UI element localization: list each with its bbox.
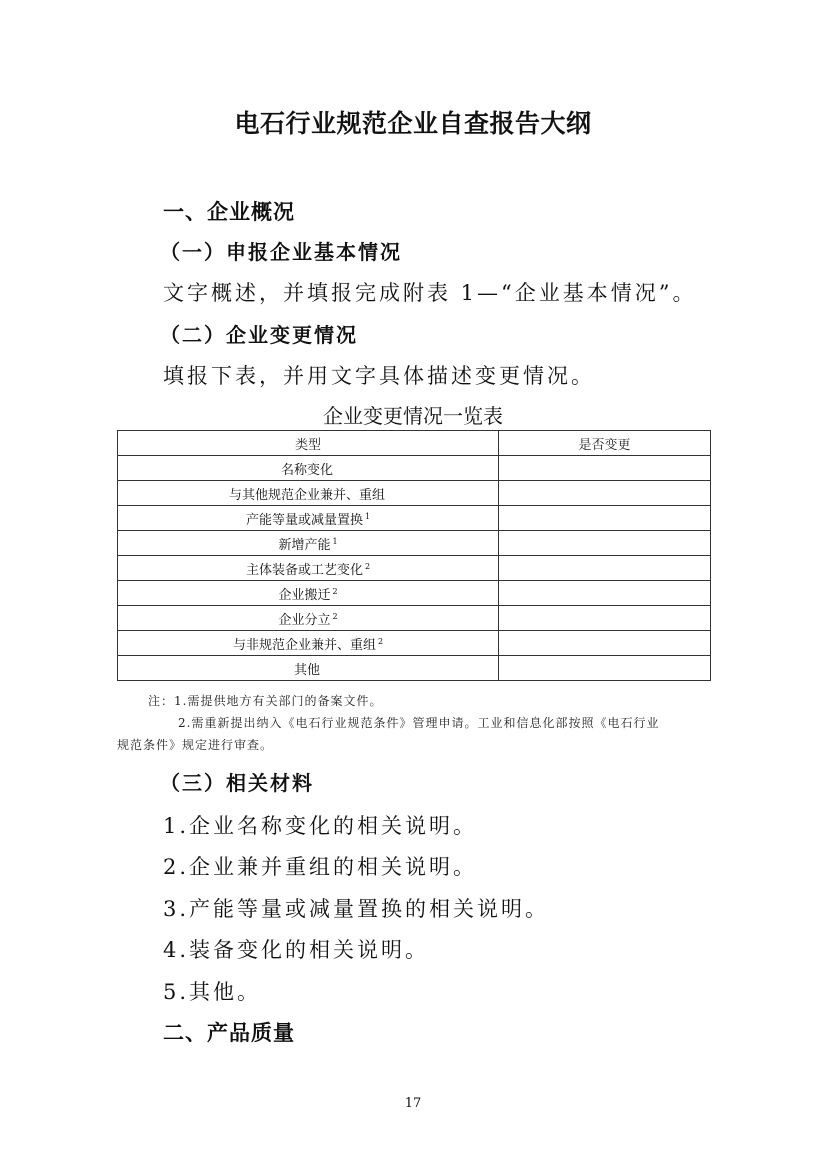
cell-type: 企业搬迁2: [118, 581, 499, 606]
section-heading-product-quality: 二、产品质量: [163, 1017, 295, 1047]
cell-changed[interactable]: [499, 556, 711, 581]
footnote-marker: 1: [332, 537, 337, 546]
column-header-type: 类型: [118, 431, 499, 456]
document-page: 电石行业规范企业自查报告大纲 一、企业概况 （一）申报企业基本情况 文字概述，并…: [0, 0, 826, 1169]
list-item: 5.其他。: [163, 976, 261, 1006]
table-row: 主体装备或工艺变化2: [118, 556, 711, 581]
page-number: 17: [0, 1096, 826, 1111]
table-note-2-cont: 规范条件》规定进行审查。: [117, 736, 273, 753]
cell-type: 新增产能1: [118, 531, 499, 556]
table-title: 企业变更情况一览表: [0, 400, 826, 429]
footnote-marker: 2: [378, 637, 383, 646]
cell-changed[interactable]: [499, 506, 711, 531]
cell-type: 名称变化: [118, 456, 499, 481]
subsection-heading-changes: （二）企业变更情况: [160, 319, 358, 348]
table-row: 企业搬迁2: [118, 581, 711, 606]
footnote-marker: 2: [332, 612, 337, 621]
cell-type: 与其他规范企业兼并、重组: [118, 481, 499, 506]
table-row: 与非规范企业兼并、重组2: [118, 631, 711, 656]
cell-changed[interactable]: [499, 456, 711, 481]
change-table: 类型 是否变更 名称变化 与其他规范企业兼并、重组 产能等量或减量置换1 新增产…: [117, 430, 711, 681]
document-title: 电石行业规范企业自查报告大纲: [0, 104, 826, 140]
list-item: 4.装备变化的相关说明。: [163, 934, 429, 964]
footnote-marker: 2: [365, 562, 370, 571]
table-row: 企业分立2: [118, 606, 711, 631]
cell-changed[interactable]: [499, 631, 711, 656]
cell-changed[interactable]: [499, 581, 711, 606]
cell-type: 其他: [118, 656, 499, 681]
paragraph-changes: 填报下表，并用文字具体描述变更情况。: [163, 360, 595, 390]
cell-changed[interactable]: [499, 606, 711, 631]
table-header-row: 类型 是否变更: [118, 431, 711, 456]
table-note-2: 2.需重新提出纳入《电石行业规范条件》管理申请。工业和信息化部按照《电石行业: [178, 714, 659, 731]
table-row: 产能等量或减量置换1: [118, 506, 711, 531]
cell-type: 产能等量或减量置换1: [118, 506, 499, 531]
table-row: 其他: [118, 656, 711, 681]
cell-changed[interactable]: [499, 656, 711, 681]
cell-changed[interactable]: [499, 481, 711, 506]
list-item: 1.企业名称变化的相关说明。: [163, 810, 477, 840]
column-header-changed: 是否变更: [499, 431, 711, 456]
list-item: 3.产能等量或减量置换的相关说明。: [163, 893, 549, 923]
section-heading-overview: 一、企业概况: [163, 196, 295, 226]
cell-type: 与非规范企业兼并、重组2: [118, 631, 499, 656]
subsection-heading-materials: （三）相关材料: [160, 767, 314, 796]
table-note-1: 注：1.需提供地方有关部门的备案文件。: [148, 692, 382, 709]
paragraph-basic-info: 文字概述，并填报完成附表 1—“企业基本情况”。: [163, 277, 697, 307]
list-item: 2.企业兼并重组的相关说明。: [163, 851, 477, 881]
footnote-marker: 1: [365, 512, 370, 521]
subsection-heading-basic-info: （一）申报企业基本情况: [160, 236, 402, 265]
cell-type: 主体装备或工艺变化2: [118, 556, 499, 581]
cell-changed[interactable]: [499, 531, 711, 556]
table-row: 与其他规范企业兼并、重组: [118, 481, 711, 506]
table-row: 新增产能1: [118, 531, 711, 556]
table-row: 名称变化: [118, 456, 711, 481]
footnote-marker: 2: [332, 587, 337, 596]
cell-type: 企业分立2: [118, 606, 499, 631]
